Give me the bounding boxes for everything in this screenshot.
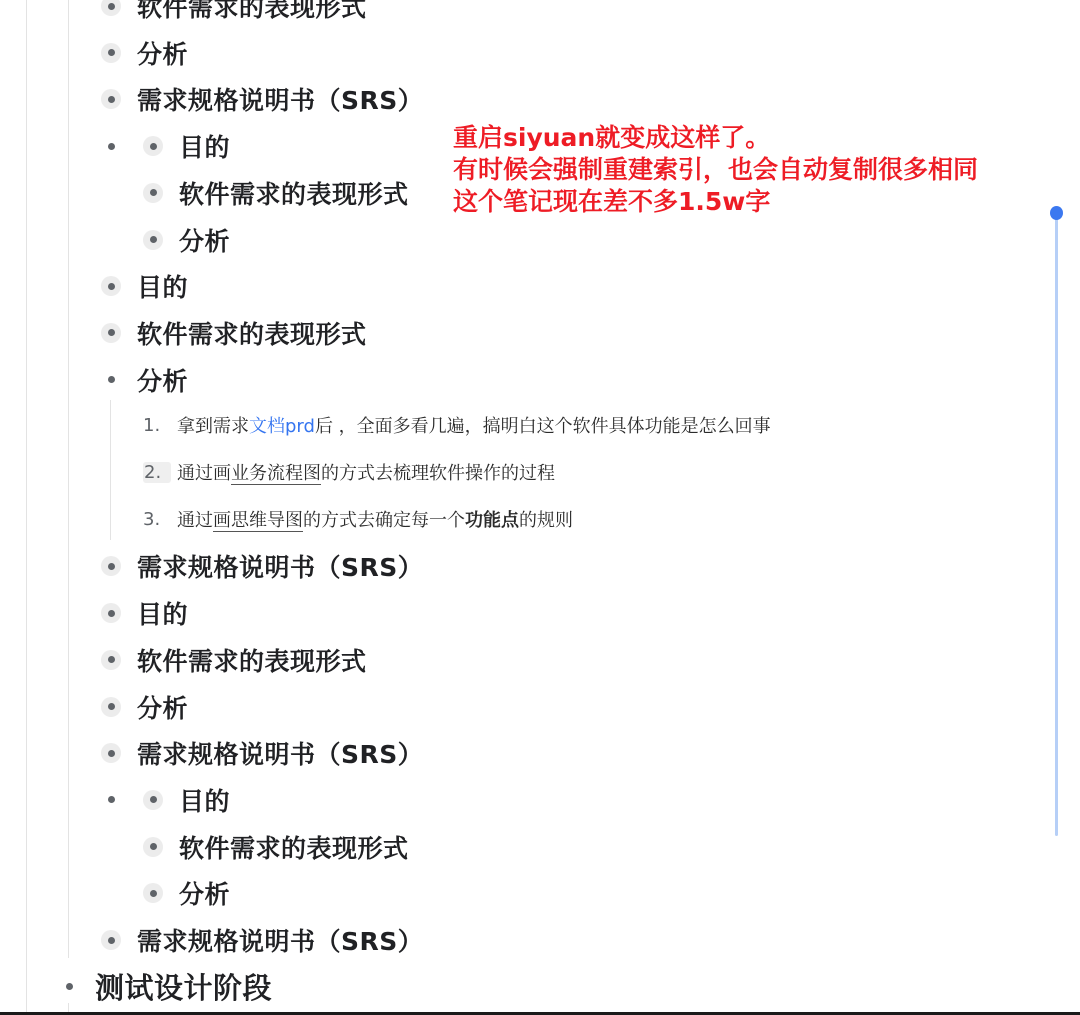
dot-icon bbox=[108, 376, 115, 383]
analysis-ordered-list: 1. 拿到需求文档prd后 ，全面多看几遍，搞明白这个软件具体功能是怎么回事 2… bbox=[143, 410, 863, 540]
outline-item-text[interactable]: 分析 bbox=[179, 222, 230, 258]
outline-item[interactable]: 软件需求的表现形式 bbox=[0, 640, 1000, 680]
folded-bullet-icon[interactable] bbox=[101, 323, 121, 343]
outline-item[interactable]: 软件需求的表现形式 bbox=[0, 313, 1000, 353]
annotation-line: 这个笔记现在差不多1.5w字 bbox=[453, 186, 978, 218]
outline-item-text[interactable]: 目的 bbox=[137, 595, 188, 631]
bullet-icon[interactable] bbox=[101, 136, 121, 156]
outline-item[interactable]: 需求规格说明书（SRS） bbox=[0, 546, 1000, 586]
dot-icon bbox=[108, 750, 115, 757]
folded-bullet-icon[interactable] bbox=[101, 276, 121, 296]
text-span: 的方式去梳理软件操作的过程 bbox=[321, 463, 555, 484]
list-number: 3. bbox=[143, 509, 169, 530]
bullet-icon[interactable] bbox=[59, 977, 79, 997]
folded-bullet-icon[interactable] bbox=[143, 837, 163, 857]
outline-item-text[interactable]: 需求规格说明书（SRS） bbox=[137, 735, 423, 771]
dot-icon bbox=[150, 143, 157, 150]
block-ref-link[interactable]: 业务流程图 bbox=[231, 463, 321, 485]
outline-item-text[interactable]: 分析 bbox=[137, 35, 188, 71]
outline-item-text[interactable]: 目的 bbox=[179, 128, 230, 164]
scrollbar-track[interactable] bbox=[1055, 213, 1058, 836]
folded-bullet-icon[interactable] bbox=[101, 650, 121, 670]
dot-icon bbox=[108, 703, 115, 710]
annotation-line: 重启siyuan就变成这样了。 bbox=[453, 122, 978, 154]
outline-item-text[interactable]: 目的 bbox=[137, 268, 188, 304]
annotation-overlay: 重启siyuan就变成这样了。 有时候会强制重建索引，也会自动复制很多相同 这个… bbox=[453, 122, 978, 218]
dot-icon bbox=[108, 96, 115, 103]
outline-item-text[interactable]: 分析 bbox=[137, 362, 188, 398]
outline-item-text[interactable]: 软件需求的表现形式 bbox=[137, 315, 367, 351]
dot-icon bbox=[150, 236, 157, 243]
dot-icon bbox=[66, 983, 73, 990]
outline-item[interactable]: 分析 bbox=[0, 687, 1000, 727]
outline-item-text[interactable]: 软件需求的表现形式 bbox=[179, 175, 409, 211]
outline-item[interactable]: 分析 bbox=[0, 360, 1000, 400]
outline-item[interactable]: 目的 bbox=[0, 780, 1000, 820]
dot-icon bbox=[150, 189, 157, 196]
outline-item[interactable]: 分析 bbox=[0, 220, 1000, 260]
outline-item-text[interactable]: 需求规格说明书（SRS） bbox=[137, 81, 423, 117]
outline-item[interactable]: 目的 bbox=[0, 593, 1000, 633]
doc-link[interactable]: 文档prd bbox=[249, 416, 315, 437]
list-item-text[interactable]: 通过画业务流程图的方式去梳理软件操作的过程 bbox=[177, 459, 555, 485]
outline-item[interactable]: 需求规格说明书（SRS） bbox=[0, 79, 1000, 119]
dot-icon bbox=[150, 843, 157, 850]
folded-bullet-icon[interactable] bbox=[101, 556, 121, 576]
dot-icon bbox=[108, 283, 115, 290]
text-span: 通过画 bbox=[177, 463, 231, 484]
folded-bullet-icon[interactable] bbox=[101, 697, 121, 717]
list-item-text[interactable]: 通过画思维导图的方式去确定每一个功能点的规则 bbox=[177, 506, 573, 532]
block-ref-link[interactable]: 画思维导图 bbox=[213, 510, 303, 532]
folded-bullet-icon[interactable] bbox=[143, 136, 163, 156]
folded-bullet-icon[interactable] bbox=[101, 603, 121, 623]
bold-text: 功能点 bbox=[465, 510, 519, 531]
outline-item[interactable]: 需求规格说明书（SRS） bbox=[0, 733, 1000, 773]
outline-item-text[interactable]: 测试设计阶段 bbox=[95, 966, 272, 1007]
folded-bullet-icon[interactable] bbox=[143, 883, 163, 903]
outline-item[interactable]: 测试设计阶段 bbox=[0, 967, 1000, 1007]
list-number: 2. bbox=[143, 462, 171, 483]
outline-item[interactable]: 分析 bbox=[0, 873, 1000, 913]
text-span: 的方式去确定每一个 bbox=[303, 510, 465, 531]
dot-icon bbox=[108, 49, 115, 56]
outline-item-text[interactable]: 目的 bbox=[179, 782, 230, 818]
folded-bullet-icon[interactable] bbox=[143, 183, 163, 203]
outline-item-text[interactable]: 需求规格说明书（SRS） bbox=[137, 922, 423, 958]
text-span: 拿到需求 bbox=[177, 416, 249, 437]
dot-icon bbox=[108, 796, 115, 803]
outline-item-text[interactable]: 分析 bbox=[137, 689, 188, 725]
outline-item-text[interactable]: 需求规格说明书（SRS） bbox=[137, 548, 423, 584]
outline-item[interactable]: 软件需求的表现形式 bbox=[0, 827, 1000, 867]
dot-icon bbox=[108, 563, 115, 570]
dot-icon bbox=[108, 3, 115, 10]
folded-bullet-icon[interactable] bbox=[101, 743, 121, 763]
outline-item[interactable]: 软件需求的表现形式 bbox=[0, 0, 1000, 26]
text-span: 通过 bbox=[177, 510, 213, 531]
folded-bullet-icon[interactable] bbox=[101, 43, 121, 63]
folded-bullet-icon[interactable] bbox=[101, 89, 121, 109]
list-number: 1. bbox=[143, 415, 169, 436]
indent-guide-analysis bbox=[110, 400, 111, 540]
bullet-icon[interactable] bbox=[101, 790, 121, 810]
dot-icon bbox=[108, 937, 115, 944]
outline-item[interactable]: 需求规格说明书（SRS） bbox=[0, 920, 1000, 960]
folded-bullet-icon[interactable] bbox=[143, 230, 163, 250]
scrollbar-thumb[interactable] bbox=[1050, 206, 1063, 220]
dot-icon bbox=[108, 329, 115, 336]
folded-bullet-icon[interactable] bbox=[101, 0, 121, 16]
list-item-text[interactable]: 拿到需求文档prd后 ，全面多看几遍，搞明白这个软件具体功能是怎么回事 bbox=[177, 412, 771, 438]
outline-item[interactable]: 分析 bbox=[0, 33, 1000, 73]
annotation-line: 有时候会强制重建索引，也会自动复制很多相同 bbox=[453, 154, 978, 186]
dot-icon bbox=[108, 610, 115, 617]
outline-item-text[interactable]: 软件需求的表现形式 bbox=[137, 642, 367, 678]
dot-icon bbox=[150, 796, 157, 803]
dot-icon bbox=[150, 890, 157, 897]
bullet-icon[interactable] bbox=[101, 370, 121, 390]
outline-item-text[interactable]: 分析 bbox=[179, 875, 230, 911]
text-span: 的规则 bbox=[519, 510, 573, 531]
outline-item-text[interactable]: 软件需求的表现形式 bbox=[137, 0, 367, 24]
dot-icon bbox=[108, 656, 115, 663]
folded-bullet-icon[interactable] bbox=[101, 930, 121, 950]
outline-item-text[interactable]: 软件需求的表现形式 bbox=[179, 829, 409, 865]
text-span: 后 ，全面多看几遍，搞明白这个软件具体功能是怎么回事 bbox=[315, 416, 771, 437]
dot-icon bbox=[108, 143, 115, 150]
outline-item[interactable]: 目的 bbox=[0, 266, 1000, 306]
folded-bullet-icon[interactable] bbox=[143, 790, 163, 810]
